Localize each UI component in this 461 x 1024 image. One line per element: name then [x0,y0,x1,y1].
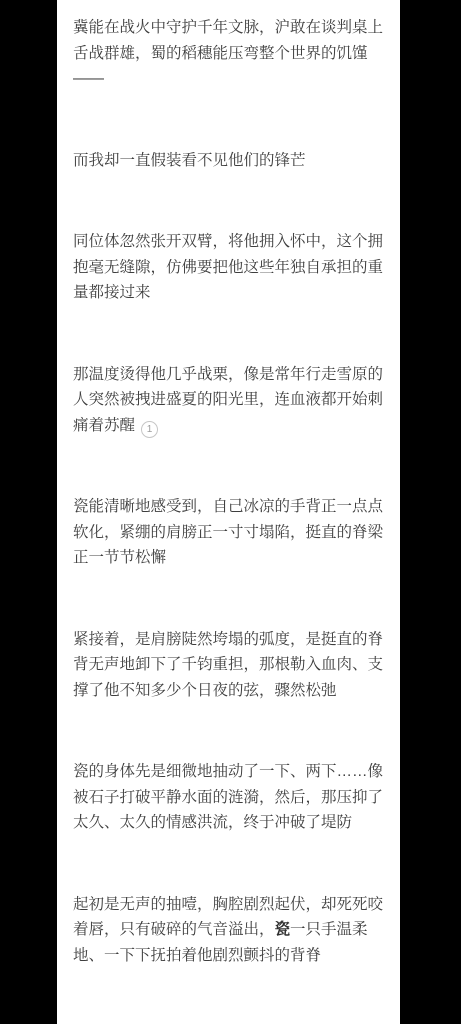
paragraph-1: 冀能在战火中守护千年文脉，沪敢在谈判桌上舌战群雄，蜀的稻穗能压弯整个世界的饥馑—… [73,15,385,92]
paragraph-6-text: 紧接着，是肩膀陡然垮塌的弧度，是挺直的脊背无声地卸下了千钧重担，那根勒入血肉、支… [73,631,383,699]
paragraph-2-text: 而我却一直假装看不见他们的锋芒 [73,152,306,169]
paragraph-4-text: 那温度烫得他几乎战栗，像是常年行走雪原的人突然被拽进盛夏的阳光里，连血液都开始刺… [73,366,383,434]
paragraph-8: 起初是无声的抽噎，胸腔剧烈起伏，却死死咬着唇，只有破碎的气音溢出，瓷一只手温柔地… [73,892,385,969]
paragraph-5-text: 瓷能清晰地感受到，自己冰凉的手背正一点点软化，紧绷的肩膀正一寸寸塌陷，挺直的脊梁… [73,498,383,566]
paragraph-4: 那温度烫得他几乎战栗，像是常年行走雪原的人突然被拽进盛夏的阳光里，连血液都开始刺… [73,362,385,439]
footnote-1-badge[interactable]: 1 [141,421,158,438]
paragraph-6: 紧接着，是肩膀陡然垮塌的弧度，是挺直的脊背无声地卸下了千钧重担，那根勒入血肉、支… [73,627,385,704]
letterbox-left [0,0,57,1024]
reading-page[interactable]: 冀能在战火中守护千年文脉，沪敢在谈判桌上舌战群雄，蜀的稻穗能压弯整个世界的饥馑—… [57,0,400,1024]
paragraph-7: 瓷的身体先是细微地抽动了一下、两下……像被石子打破平静水面的涟漪，然后，那压抑了… [73,759,385,836]
paragraph-3: 同位体忽然张开双臂，将他拥入怀中，这个拥抱毫无缝隙，仿佛要把他这些年独自承担的重… [73,229,385,306]
paragraph-1-text: 冀能在战火中守护千年文脉，沪敢在谈判桌上舌战群雄，蜀的稻穗能压弯整个世界的饥馑—… [73,19,383,87]
screen: 冀能在战火中守护千年文脉，沪敢在谈判桌上舌战群雄，蜀的稻穗能压弯整个世界的饥馑—… [0,0,461,1024]
letterbox-right [400,0,461,1024]
paragraph-7-text: 瓷的身体先是细微地抽动了一下、两下……像被石子打破平静水面的涟漪，然后，那压抑了… [73,763,383,831]
paragraph-5: 瓷能清晰地感受到，自己冰凉的手背正一点点软化，紧绷的肩膀正一寸寸塌陷，挺直的脊梁… [73,494,385,571]
paragraph-8-text-bold: 瓷 [275,921,291,938]
paragraph-2: 而我却一直假装看不见他们的锋芒 [73,148,385,174]
paragraph-3-text: 同位体忽然张开双臂，将他拥入怀中，这个拥抱毫无缝隙，仿佛要把他这些年独自承担的重… [73,233,383,301]
